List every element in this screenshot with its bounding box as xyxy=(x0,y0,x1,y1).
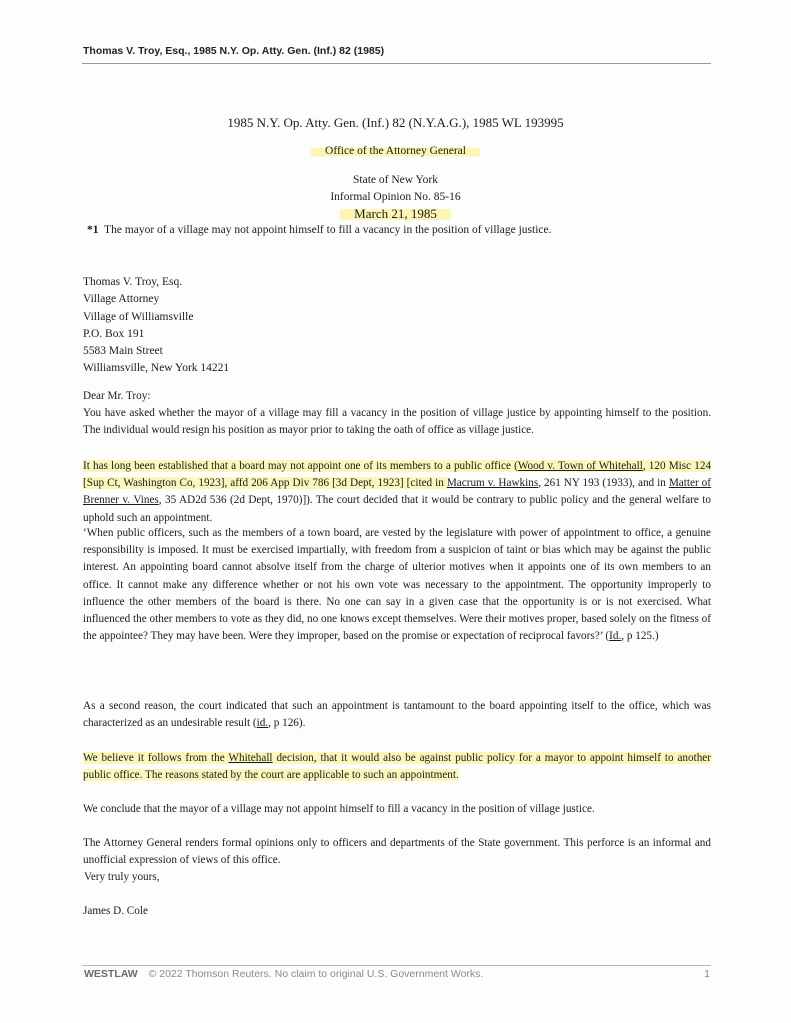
copyright-notice: © 2022 Thomson Reuters. No claim to orig… xyxy=(149,968,484,980)
opinion-date: March 21, 1985 xyxy=(340,206,451,221)
office-name: Office of the Attorney General xyxy=(311,145,480,157)
star-page-marker: *1 xyxy=(87,224,99,236)
closing: Very truly yours, xyxy=(84,869,712,886)
belief-paragraph: We believe it follows from the Whitehall… xyxy=(83,750,711,784)
address-block: Thomas V. Troy, Esq. Village Attorney Vi… xyxy=(83,274,229,378)
running-head: Thomas V. Troy, Esq., 1985 N.Y. Op. Atty… xyxy=(83,45,384,57)
header-divider xyxy=(82,63,711,64)
salutation: Dear Mr. Troy: xyxy=(83,388,711,405)
date-line: March 21, 1985 xyxy=(0,206,791,222)
page-number: 1 xyxy=(704,968,710,980)
case-link-macrum-v-hawkins[interactable]: Macrum v. Hawkins xyxy=(447,477,538,489)
citation-title: 1985 N.Y. Op. Atty. Gen. (Inf.) 82 (N.Y.… xyxy=(0,115,791,131)
text-span: , 35 AD2d 536 (2d Dept, 1970)]). The cou… xyxy=(83,494,711,523)
case-link-wood-v-whitehall[interactable]: Wood v. Town of Whitehall xyxy=(518,460,643,472)
conclusion-paragraph: We conclude that the mayor of a village … xyxy=(83,801,711,818)
question-paragraph: You have asked whether the mayor of a vi… xyxy=(83,405,711,439)
address-line: Village of Williamsville xyxy=(83,309,229,326)
text-span: As a second reason, the court indicated … xyxy=(83,700,711,729)
second-reason-paragraph: As a second reason, the court indicated … xyxy=(83,698,711,732)
text-span: , 261 NY 193 (1933), and in xyxy=(538,477,669,489)
text-span: We believe it follows from the xyxy=(83,752,228,764)
court-quote-paragraph: ‘When public officers, such as the membe… xyxy=(83,525,711,645)
footer-divider xyxy=(82,965,711,966)
headnote: *1 The mayor of a village may not appoin… xyxy=(87,224,551,236)
id-link[interactable]: id. xyxy=(257,717,269,729)
address-line: 5583 Main Street xyxy=(83,343,229,360)
highlighted-text: We believe it follows from the Whitehall… xyxy=(83,752,711,781)
westlaw-brand: WESTLAW xyxy=(84,968,138,980)
quote-text: ‘When public officers, such as the membe… xyxy=(83,527,711,642)
opinion-number: Informal Opinion No. 85-16 xyxy=(0,191,791,203)
address-line: Thomas V. Troy, Esq. xyxy=(83,274,229,291)
state-line: State of New York xyxy=(0,174,791,186)
case-link-whitehall[interactable]: Whitehall xyxy=(228,752,272,764)
text-span: , p 125.) xyxy=(621,630,658,642)
id-link[interactable]: Id. xyxy=(609,630,621,642)
disclaimer-paragraph: The Attorney General renders formal opin… xyxy=(83,835,711,869)
signature: James D. Cole xyxy=(83,903,711,920)
address-line: Williamsville, New York 14221 xyxy=(83,360,229,377)
address-line: P.O. Box 191 xyxy=(83,326,229,343)
headnote-text: The mayor of a village may not appoint h… xyxy=(104,224,551,236)
footer: WESTLAW © 2022 Thomson Reuters. No claim… xyxy=(84,968,710,980)
office-line: Office of the Attorney General xyxy=(0,145,791,157)
text-span: It has long been established that a boar… xyxy=(83,460,518,472)
address-line: Village Attorney xyxy=(83,291,229,308)
precedent-paragraph: It has long been established that a boar… xyxy=(83,458,711,527)
text-span: , p 126). xyxy=(268,717,305,729)
